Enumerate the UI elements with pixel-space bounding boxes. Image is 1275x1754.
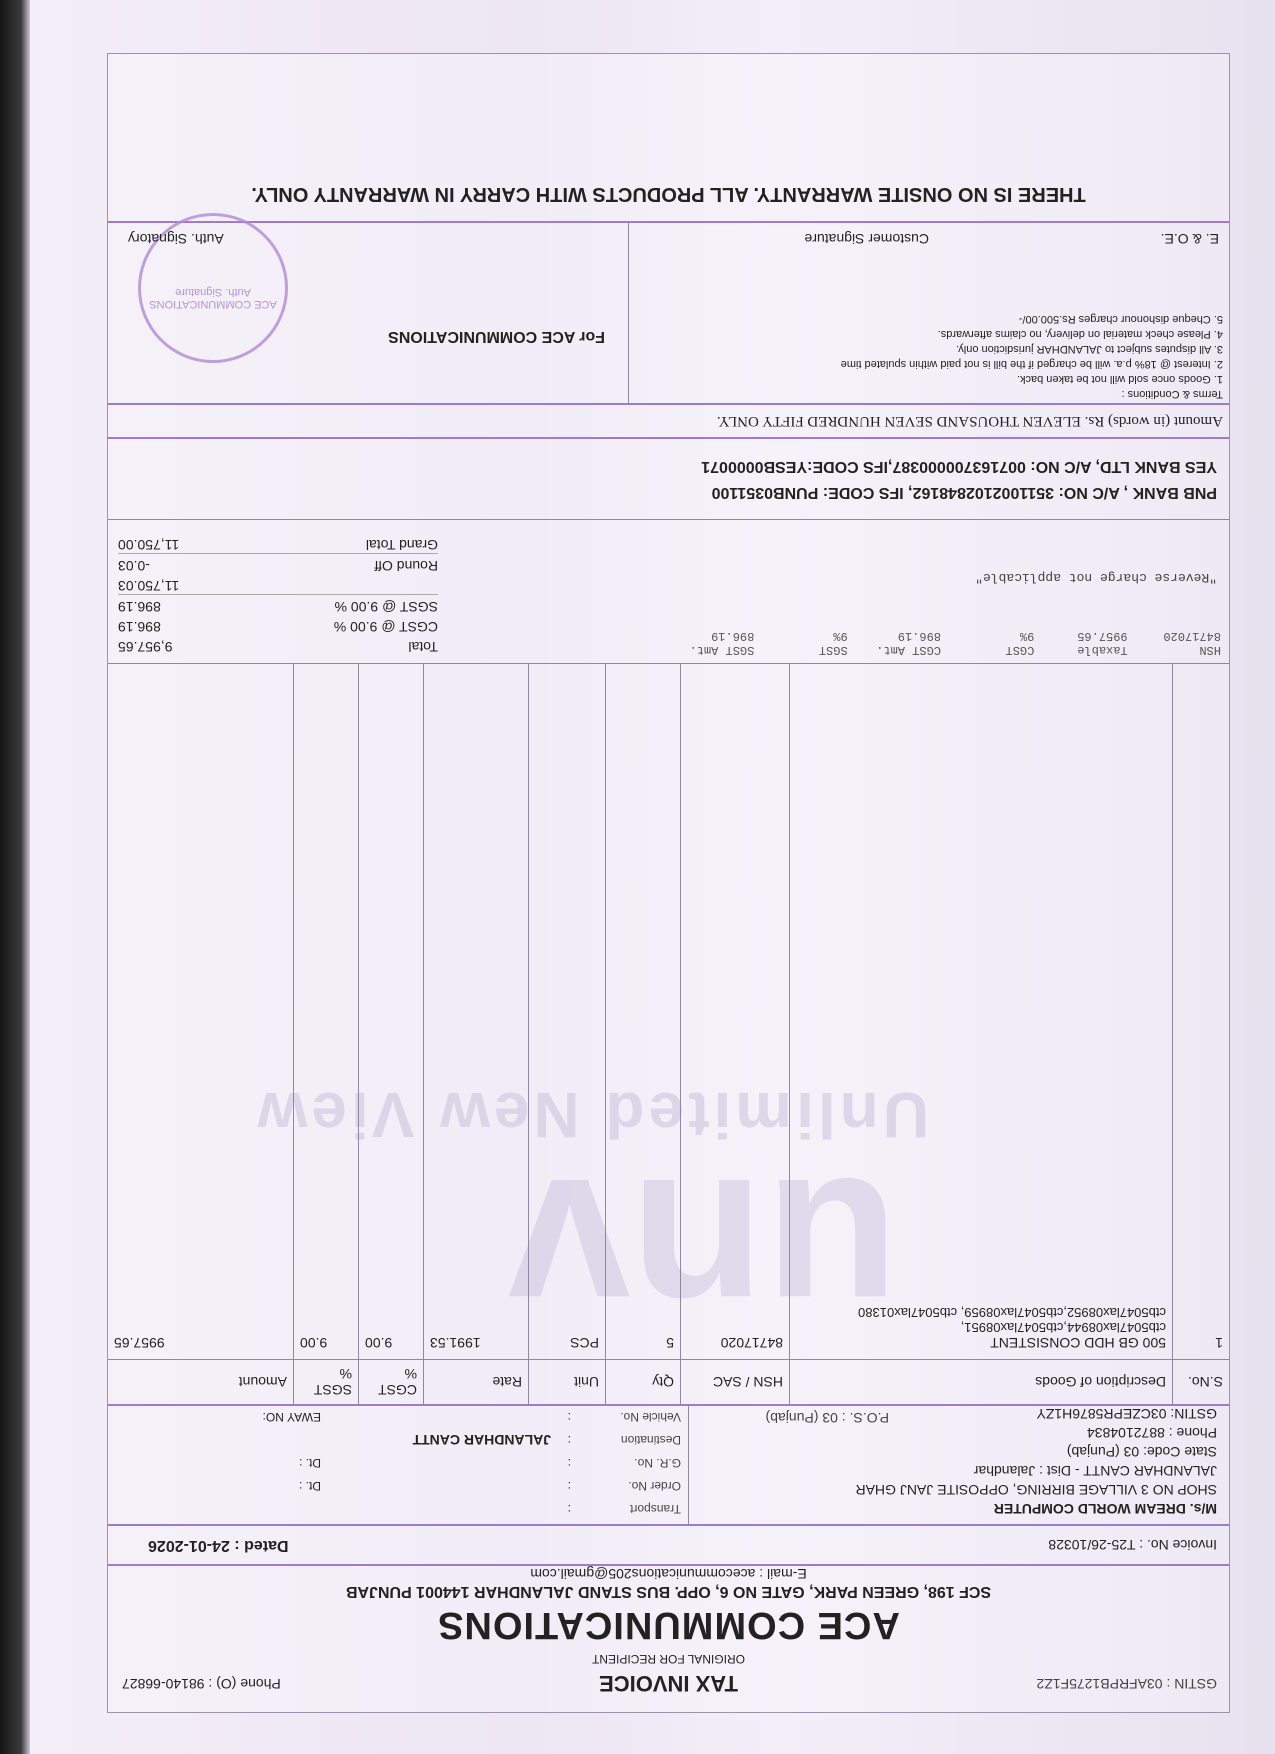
bank-details: PNB BANK , A/C NO: 3511002102848162, IFS…	[108, 437, 1229, 519]
transport-details: Transport: Order No.:Dt. : G.R. No.:Dt. …	[121, 1405, 681, 1520]
cell-unit: PCS	[529, 664, 606, 1360]
round-off-row: Round Off-0.03	[118, 554, 438, 574]
scanner-edge	[0, 0, 30, 1754]
col-cgst: CGST %	[359, 1360, 424, 1405]
transport-field: Transport:	[121, 1497, 681, 1520]
sgst-row: SGST @ 9.00 %896.19	[118, 595, 438, 615]
grand-total-row: Grand Total11,750.00	[118, 533, 438, 554]
hsn-tax-table: HSNTaxableCGSTCGST Amt.SGSTSGST Amt. 847…	[661, 629, 1221, 657]
cell-sno: 1	[1173, 664, 1230, 1360]
term-item: 1. Goods once sold will not be taken bac…	[703, 371, 1223, 386]
place-of-supply: P.O.S. : 03 (Punjab)	[766, 1410, 889, 1426]
cell-rate: 1991.53	[424, 664, 529, 1360]
terms-section: Terms & Conditions : 1. Goods once sold …	[108, 221, 1229, 403]
table-row: 1 500 GB HDD CONSISTENT ctb5047lax08944,…	[108, 664, 1229, 1360]
dated-label: Dated :	[234, 1537, 288, 1554]
col-description: Description of Goods	[790, 1360, 1173, 1405]
bank-line-1: PNB BANK , A/C NO: 3511002102848162, IFS…	[712, 483, 1217, 501]
customer-name: M/s. DREAM WORLD COMPUTER	[697, 1499, 1217, 1518]
destination-field: Destination:JALANDHAR CANTT	[121, 1428, 681, 1451]
for-company-label: For ACE COMMUNICATIONS	[388, 327, 605, 345]
invoice-number: Invoice No. : T25-26/10328	[1048, 1537, 1217, 1553]
item-description: 500 GB HDD CONSISTENT	[796, 1335, 1166, 1351]
reverse-charge-note: "Reverse charge not applicable"	[975, 570, 1217, 585]
cell-description: 500 GB HDD CONSISTENT ctb5047lax08944,ct…	[790, 664, 1173, 1360]
col-hsn: HSN / SAC	[681, 1360, 790, 1405]
customer-address-1: SHOP NO 3 VILLAGE BIRRING, OPPOSITE JANJ…	[697, 1480, 1217, 1499]
total-row: Total9,957.65	[118, 635, 438, 655]
terms-block: Terms & Conditions : 1. Goods once sold …	[703, 311, 1223, 401]
invoice-date: Dated : 24-01-2026	[148, 1536, 289, 1554]
customer-address-2: JALANDHAR CANTT - Dist : Jalandhar	[697, 1461, 1217, 1480]
cell-qty: 5	[606, 664, 681, 1360]
divider	[688, 1406, 689, 1524]
customer-signature-label: Customer Signature	[804, 231, 929, 247]
item-serials: ctb5047lax08944,ctb5047lax08951, ctb5047…	[796, 1305, 1166, 1335]
vehicle-field: Vehicle No.:EWAY NO:	[121, 1405, 681, 1428]
copy-label: ORIGINAL FOR RECIPIENT	[108, 1652, 1229, 1666]
customer-state: State Code: 03 (Punjab)	[697, 1442, 1217, 1461]
totals-block: Total9,957.65 CGST @ 9.00 %896.19 SGST @…	[118, 533, 438, 655]
company-email: E-mail : acecommunications205@gmail.com	[108, 1566, 1229, 1582]
amount-in-words-row: Amount (in words) Rs. ELEVEN THOUSAND SE…	[108, 403, 1229, 437]
term-item: 3. All disputes subject to JALANDHAR jur…	[703, 341, 1223, 356]
items-section: S.No. Description of Goods HSN / SAC Qty…	[108, 664, 1229, 1404]
divider	[628, 223, 629, 403]
date-value: 24-01-2026	[148, 1537, 230, 1554]
seller-phone: Phone (O) : 98140-66827	[122, 1676, 281, 1692]
col-sno: S.No.	[1173, 1360, 1230, 1405]
gr-field: G.R. No.:Dt. :	[121, 1451, 681, 1474]
col-unit: Unit	[529, 1360, 606, 1405]
term-item: 2. Interest @ 18% p.a. will be charged i…	[703, 356, 1223, 371]
term-item: 5. Cheque dishonour charges Rs.500.00/-	[703, 311, 1223, 326]
tax-data-row: 847170209957.659%896.199%896.19	[661, 629, 1221, 643]
auth-signatory-label: Auth. Signatory	[128, 231, 224, 247]
subtotal-row: 11,750.03	[118, 574, 438, 595]
term-item: 4. Please check material on delivery, no…	[703, 326, 1223, 341]
order-field: Order No.:Dt. :	[121, 1474, 681, 1497]
customer-section: M/s. DREAM WORLD COMPUTER SHOP NO 3 VILL…	[108, 1404, 1229, 1524]
col-sgst: SGST %	[294, 1360, 359, 1405]
col-qty: Qty	[606, 1360, 681, 1405]
tax-invoice-document: unv Unlimited New View GSTIN : 03AFRPB12…	[107, 53, 1230, 1713]
warranty-footer: THERE IS NO ONSITE WARRANTY. ALL PRODUCT…	[108, 163, 1229, 221]
col-amount: Amount	[108, 1360, 294, 1405]
tax-summary-section: HSNTaxableCGSTCGST Amt.SGSTSGST Amt. 847…	[108, 519, 1229, 664]
invoice-number-row: Invoice No. : T25-26/10328 Dated : 24-01…	[108, 1524, 1229, 1564]
cell-cgst: 9.00	[359, 664, 424, 1360]
cell-sgst: 9.00	[294, 664, 359, 1360]
items-table: S.No. Description of Goods HSN / SAC Qty…	[108, 664, 1229, 1404]
company-name: ACE COMMUNICATIONS	[108, 1603, 1229, 1646]
cell-amount: 9957.65	[108, 664, 294, 1360]
bank-line-2: YES BANK LTD, A/C NO: 007163700000387,IF…	[701, 457, 1217, 475]
items-header-row: S.No. Description of Goods HSN / SAC Qty…	[108, 1360, 1229, 1405]
invoice-header: GSTIN : 03AFRPB1275F1Z2 TAX INVOICE Phon…	[108, 1564, 1229, 1712]
amount-in-words: Amount (in words) Rs. ELEVEN THOUSAND SE…	[717, 412, 1223, 429]
eoe-label: E. & O.E.	[1161, 231, 1219, 247]
company-address: SCF 198, GREEN PARK, GATE NO 6, OPP. BUS…	[108, 1582, 1229, 1600]
col-rate: Rate	[424, 1360, 529, 1405]
tax-header-row: HSNTaxableCGSTCGST Amt.SGSTSGST Amt.	[661, 643, 1221, 657]
cgst-row: CGST @ 9.00 %896.19	[118, 615, 438, 635]
warranty-note: THERE IS NO ONSITE WARRANTY. ALL PRODUCT…	[108, 182, 1229, 205]
terms-title: Terms & Conditions :	[703, 386, 1223, 401]
cell-hsn: 84717020	[681, 664, 790, 1360]
